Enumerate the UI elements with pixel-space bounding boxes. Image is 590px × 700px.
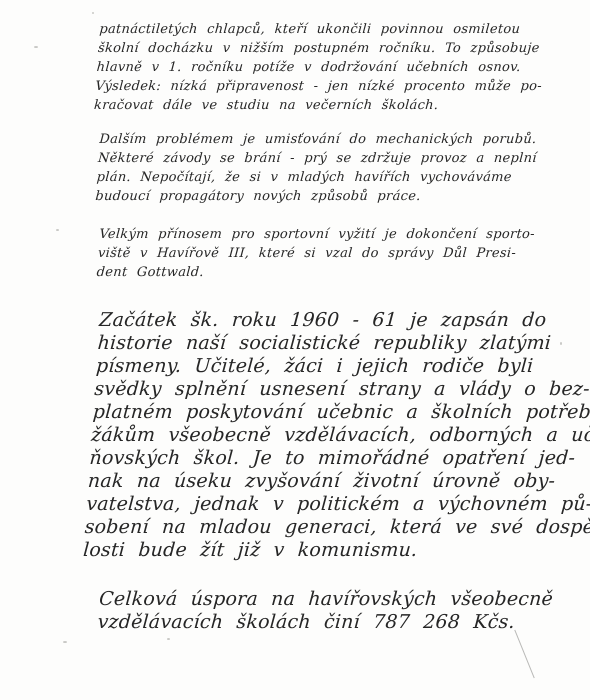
handwritten-line: viště v Havířově III, které si vzal do s… xyxy=(97,244,560,263)
handwritten-line: hlavně v 1. ročníku potíže v dodržování … xyxy=(96,58,559,77)
handwritten-line: Velkým přínosem pro sportovní vyžití je … xyxy=(99,225,562,244)
handwritten-line: písmeny. Učitelé, žáci i jejich rodiče b… xyxy=(95,355,559,378)
handwritten-line: Celková úspora na havířovských všeobecně xyxy=(98,588,562,611)
scan-artifact-speck xyxy=(63,641,67,643)
scanned-document-page: patnáctiletých chlapců, kteří ukončili p… xyxy=(0,0,590,700)
handwritten-line: ňovských škol. Je to mimořádné opatření … xyxy=(89,447,553,470)
paragraph-sports-ground: Velkým přínosem pro sportovní vyžití je … xyxy=(96,225,562,282)
paragraph-total-savings: Celková úspora na havířovských všeobecně… xyxy=(97,588,562,634)
scan-artifact-speck xyxy=(56,229,59,231)
handwritten-text-block: patnáctiletých chlapců, kteří ukončili p… xyxy=(100,20,562,634)
handwritten-line: Dalším problémem je umisťování do mechan… xyxy=(99,130,562,149)
handwritten-line: historie naší socialistické republiky zl… xyxy=(97,332,561,355)
handwritten-line: budoucí propagátory nových způsobů práce… xyxy=(95,187,558,206)
handwritten-line: Výsledek: nízká připravenost - jen nízké… xyxy=(95,77,558,96)
handwritten-line: losti bude žít již v komunismu. xyxy=(82,539,546,562)
handwritten-line: žákům všeobecně vzdělávacích, odborných … xyxy=(90,424,554,447)
handwritten-line: kračovat dále ve studiu na večerních ško… xyxy=(93,96,556,115)
scan-artifact-speck xyxy=(92,12,94,14)
paragraph-placement-problem: Dalším problémem je umisťování do mechan… xyxy=(95,130,562,206)
handwritten-line: patnáctiletých chlapců, kteří ukončili p… xyxy=(99,20,562,39)
handwritten-line: vatelstva, jednak v politickém a výchovn… xyxy=(86,493,550,516)
handwritten-line: plán. Nepočítají, že si v mladých havíří… xyxy=(96,168,559,187)
handwritten-line: platném poskytování učebnic a školních p… xyxy=(92,401,556,424)
scan-artifact-speck xyxy=(560,342,562,345)
handwritten-line: vzdělávacích školách činí 787 268 Kčs. xyxy=(97,611,561,634)
scan-artifact-diagonal-mark xyxy=(514,630,534,679)
scan-artifact-speck xyxy=(167,638,170,640)
paragraph-school-year-1960-61: Začátek šk. roku 1960 - 61 je zapsán do … xyxy=(82,309,562,562)
handwritten-line: dent Gottwald. xyxy=(96,263,559,282)
handwritten-line: Některé závody se brání - prý se zdržuje… xyxy=(97,149,560,168)
handwritten-line: nak na úseku zvyšování životní úrovně ob… xyxy=(87,470,551,493)
handwritten-line: sobení na mladou generaci, která ve své … xyxy=(84,516,548,539)
handwritten-line: Začátek šk. roku 1960 - 61 je zapsán do xyxy=(98,309,562,332)
paragraph-school-attendance: patnáctiletých chlapců, kteří ukončili p… xyxy=(93,20,562,115)
scan-artifact-speck xyxy=(34,46,38,48)
handwritten-line: školní docházku v nižším postupném roční… xyxy=(97,39,560,58)
handwritten-line: svědky splnění usnesení strany a vlády o… xyxy=(94,378,558,401)
